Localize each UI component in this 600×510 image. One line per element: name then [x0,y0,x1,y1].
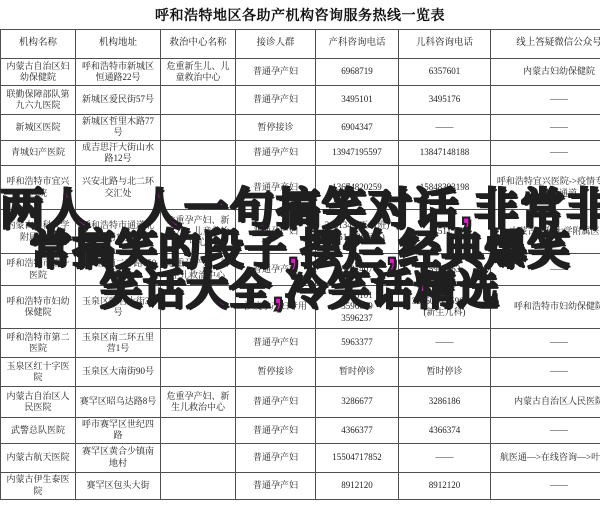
cell-pediatric-phone: 5921063 [399,254,491,286]
column-header-institution: 机构名称 [1,30,76,59]
cell-institution: 青城妇产医院 [1,140,76,166]
cell-pediatric-phone: 4366374 [399,418,491,444]
cell-address: 玉泉区南二环五里营1号 [76,329,161,358]
table-row: 呼和浩特市第一医院回民区南二环路150号危重孕产妇、新生儿救治中心普通孕产妇52… [1,254,600,286]
cell-patients: 普通孕产妇 [236,166,316,210]
cell-obstetric-phone: 3286677 [316,387,399,418]
cell-address: 赛罕区包头大街 [76,472,161,499]
table-row: 玉泉区红十字医院玉泉区大南街90号暂停接诊暂时停诊暂时停诊—— [1,358,600,387]
cell-institution: 内蒙古自治区人民医院 [1,387,76,418]
cell-center: 危重孕产妇、新生儿、儿童救治中心 [161,210,236,254]
cell-institution: 内蒙古航天医院 [1,443,76,472]
cell-institution: 内蒙古自治区妇幼保健院 [1,59,76,86]
cell-address: 兴安北路与北二环交汇处 [76,166,161,210]
cell-pediatric-phone: 13847148188 [399,140,491,166]
cell-obstetric-phone: 15504717852 [316,443,399,472]
cell-center [161,166,236,210]
cell-obstetric-phone: 13947195597 [316,140,399,166]
cell-address: 呼和浩特市通道北街1号 [76,210,161,254]
table-row: 内蒙古伊生泰医院赛罕区包头大街普通孕产妇89121208912120—— [1,472,600,499]
cell-wechat: —— [491,254,600,286]
column-header-pediatric-phone: 儿科咨询电话 [399,30,491,59]
cell-institution: 呼和浩特市宜兴医院 [1,166,76,210]
cell-wechat: —— [491,115,600,141]
cell-patients: 普通孕产妇 [236,86,316,115]
column-header-address: 机构地址 [76,30,161,59]
cell-institution: 呼和浩特市第一医院 [1,254,76,286]
cell-pediatric-phone: 6357601 [399,59,491,86]
cell-wechat: —— [491,418,600,444]
table-row: 呼和浩特市妇幼保健院玉泉区昭君大街33号涉疫孕产妇专用3596101 35960… [1,286,600,329]
cell-obstetric-phone: 3451345(正常班) 3451482(夜班) [316,210,399,254]
cell-institution: 新城区医院 [1,115,76,141]
cell-wechat: 内蒙古自治区人民医院 [491,387,600,418]
cell-wechat: —— [491,329,600,358]
table-row: 呼和浩特市第二医院玉泉区南二环五里营1号普通孕产妇5963377———— [1,329,600,358]
cell-center [161,286,236,329]
hotline-table: 机构名称机构地址救治中心名称接诊人群产科咨询电话儿科咨询电话线上答疑微信公众号 … [0,29,600,500]
cell-center: 危重孕产妇、新生儿救治中心 [161,254,236,286]
cell-address: 赛罕区昭乌达路8号 [76,387,161,418]
cell-pediatric-phone: 15848393198 [399,166,491,210]
cell-patients: 普通孕产妇 [236,140,316,166]
cell-patients: 暂停接诊 [236,358,316,387]
cell-wechat: —— [491,86,600,115]
cell-address: 玉泉区大南街90号 [76,358,161,387]
cell-pediatric-phone: 暂时停诊 [399,358,491,387]
column-header-wechat: 线上答疑微信公众号 [491,30,600,59]
page: 呼和浩特地区各助产机构咨询服务热线一览表 机构名称机构地址救治中心名称接诊人群产… [0,0,600,510]
cell-patients: 普通孕产妇 [236,472,316,499]
cell-patients: 普通孕产妇 [236,210,316,254]
table-row: 呼和浩特市宜兴医院兴安北路与北二环交汇处普通孕产妇136748202591584… [1,166,600,210]
column-header-center: 救治中心名称 [161,30,236,59]
cell-patients: 普通孕产妇 [236,329,316,358]
cell-institution: 内蒙古伊生泰医院 [1,472,76,499]
cell-patients: 暂停接诊 [236,115,316,141]
cell-institution: 武警总队医院 [1,418,76,444]
cell-wechat: 呼和浩特市妇幼保健院 [491,286,600,329]
table-row: 内蒙古自治区人民医院赛罕区昭乌达路8号危重孕产妇、新生儿救治中心普通孕产妇328… [1,387,600,418]
cell-institution: 呼和浩特市第二医院 [1,329,76,358]
cell-obstetric-phone: 4366377 [316,418,399,444]
cell-center [161,329,236,358]
cell-obstetric-phone: 6968719 [316,59,399,86]
cell-pediatric-phone: —— [399,329,491,358]
cell-pediatric-phone: 3451157 [399,210,491,254]
cell-institution: 联勤保障部队第九六九医院 [1,86,76,115]
table-row: 内蒙古自治区妇幼保健院呼和浩特市新城区恒通路22号危重新生儿、儿童救治中心普通孕… [1,59,600,86]
cell-wechat: 内蒙古妇幼保健院 [491,59,600,86]
cell-institution: 玉泉区红十字医院 [1,358,76,387]
cell-pediatric-phone: 3286186 [399,387,491,418]
cell-address: 回民区南二环路150号 [76,254,161,286]
cell-patients: 普通孕产妇 [236,59,316,86]
cell-pediatric-phone: 3596046 3596045 (新生儿科) [399,286,491,329]
cell-address: 呼市赛罕区世纪四路 [76,418,161,444]
cell-center: 危重新生儿、儿童救治中心 [161,59,236,86]
cell-address: 呼和浩特市新城区恒通路22号 [76,59,161,86]
cell-center [161,115,236,141]
cell-center [161,418,236,444]
cell-patients: 涉疫孕产妇专用 [236,286,316,329]
cell-patients: 普通孕产妇 [236,443,316,472]
cell-wechat: 航医通—>在线咨询—>叶柏梅 [491,443,600,472]
cell-wechat: —— [491,140,600,166]
cell-obstetric-phone: 6904347 [316,115,399,141]
cell-center: 危重孕产妇、新生儿救治中心 [161,387,236,418]
cell-obstetric-phone: 3495101 [316,86,399,115]
cell-patients: 普通孕产妇 [236,387,316,418]
cell-address: 玉泉区昭君大街33号 [76,286,161,329]
cell-address: 成吉思汗大街山水路12号 [76,140,161,166]
cell-obstetric-phone: 5963377 [316,329,399,358]
cell-pediatric-phone: —— [399,115,491,141]
cell-institution: 呼和浩特市妇幼保健院 [1,286,76,329]
cell-institution: 内蒙古医科大学附属医院 [1,210,76,254]
cell-address: 新城区哲里木路77号 [76,115,161,141]
table-row: 武警总队医院呼市赛罕区世纪四路普通孕产妇43663774366374—— [1,418,600,444]
cell-obstetric-phone: 3596101 3596039 3596237 [316,286,399,329]
cell-wechat: —— [491,472,600,499]
column-header-patients: 接诊人群 [236,30,316,59]
cell-pediatric-phone: —— [399,443,491,472]
cell-address: 赛罕区黄合少镇南地村 [76,443,161,472]
cell-patients: 普通孕产妇 [236,418,316,444]
cell-obstetric-phone: 暂时停诊 [316,358,399,387]
page-title: 呼和浩特地区各助产机构咨询服务热线一览表 [0,0,600,25]
cell-patients: 普通孕产妇 [236,254,316,286]
table-row: 内蒙古医科大学附属医院呼和浩特市通道北街1号危重孕产妇、新生儿、儿童救治中心普通… [1,210,600,254]
table-row: 内蒙古航天医院赛罕区黄合少镇南地村普通孕产妇15504717852——航医通—>… [1,443,600,472]
cell-wechat: 呼和浩特宜兴医院->疫情专题->孕产通道 [491,166,600,210]
cell-wechat: —— [491,358,600,387]
cell-pediatric-phone: 3495176 [399,86,491,115]
cell-center [161,443,236,472]
cell-center [161,358,236,387]
cell-wechat: 内蒙古医科大学附属医院 [491,210,600,254]
header-row: 机构名称机构地址救治中心名称接诊人群产科咨询电话儿科咨询电话线上答疑微信公众号 [1,30,600,59]
table-row: 青城妇产医院成吉思汗大街山水路12号普通孕产妇13947195597138471… [1,140,600,166]
table-row: 联勤保障部队第九六九医院新城区爱民街57号普通孕产妇34951013495176… [1,86,600,115]
column-header-obstetric-phone: 产科咨询电话 [316,30,399,59]
cell-center [161,140,236,166]
cell-address: 新城区爱民街57号 [76,86,161,115]
table-row: 新城区医院新城区哲里木路77号暂停接诊6904347———— [1,115,600,141]
cell-center [161,86,236,115]
cell-pediatric-phone: 8912120 [399,472,491,499]
cell-obstetric-phone: 5281407 [316,254,399,286]
cell-center [161,472,236,499]
cell-obstetric-phone: 13674820259 [316,166,399,210]
cell-obstetric-phone: 8912120 [316,472,399,499]
